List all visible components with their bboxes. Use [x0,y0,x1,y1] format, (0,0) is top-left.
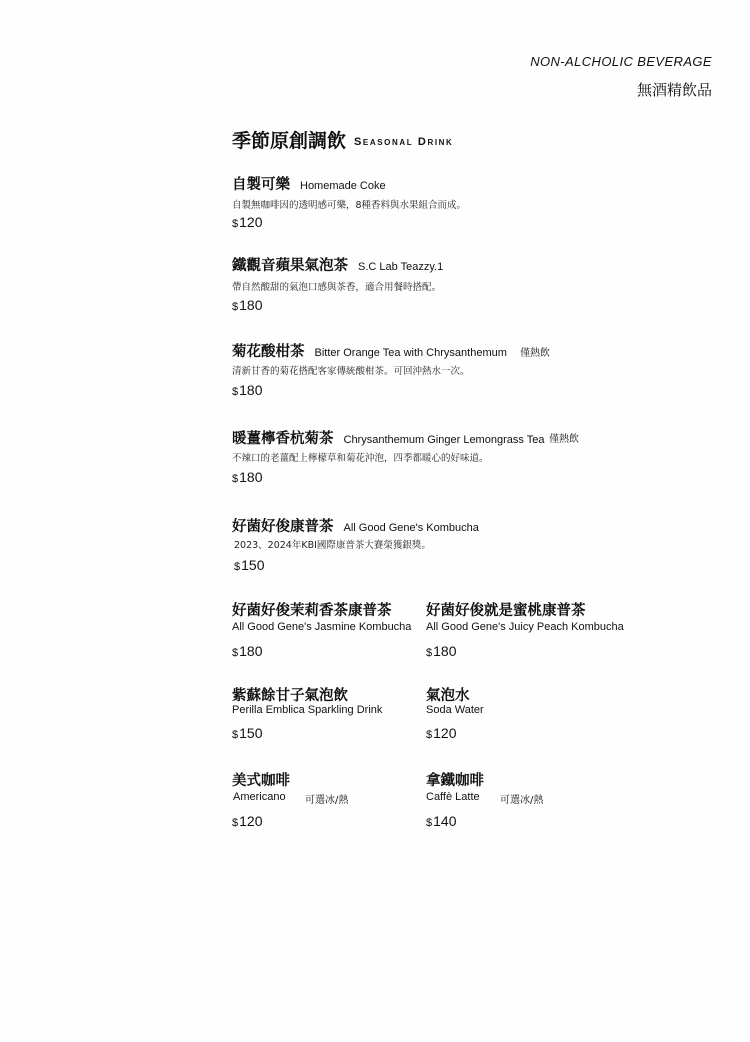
grid-item-price: $150 [232,725,262,741]
item-price: $120 [232,214,262,230]
grid-item-name-en: Perilla Emblica Sparkling Drink [232,704,382,716]
item-name-zh: 自製可樂 [232,177,290,193]
section-title-zh: 季節原創調飲 [232,126,346,153]
item-name-en: All Good Gene's Kombucha [344,522,479,534]
grid-item-price: $120 [232,813,262,829]
item-price: $180 [232,469,262,485]
item-description: 帶自然酸甜的氣泡口感與茶香，適合用餐時搭配。 [232,279,441,293]
grid-item-name-en: Caffè Latte [426,791,480,803]
grid-item-name-zh: 美式咖啡 [232,769,290,790]
grid-item-price: $140 [426,813,456,829]
grid-item-price: $180 [426,643,456,659]
item-name-en: S.C Lab Teazzy.1 [358,261,443,273]
grid-item-name-zh: 好菌好俊就是蜜桃康普茶 [426,599,586,620]
menu-item-kombucha: 好菌好俊康普茶All Good Gene's Kombucha [232,515,479,536]
menu-item-homemade-coke: 自製可樂Homemade Coke [232,173,386,194]
header-title-en: NON-ALCHOLIC BEVERAGE [530,54,712,69]
item-price: $180 [232,297,262,313]
item-name-zh: 暖薑檸香杭菊茶 [232,431,334,447]
item-name-en: Chrysanthemum Ginger Lemongrass Tea [344,434,545,446]
item-name-zh: 鐵觀音蘋果氣泡茶 [232,258,348,274]
grid-item-name-zh: 紫蘇餘甘子氣泡飲 [232,684,348,705]
section-title-en: Seasonal Drink [354,136,453,148]
grid-item-note: 可選冰/熱 [305,791,348,806]
grid-item-name-zh: 氣泡水 [426,684,470,705]
item-price: $150 [234,557,264,573]
grid-item-name-en: Soda Water [426,704,484,716]
grid-item-name-en: All Good Gene's Juicy Peach Kombucha [426,621,624,633]
grid-item-name-zh: 好菌好俊茉莉香茶康普茶 [232,599,392,620]
item-description: 清新甘香的菊花搭配客家傳統酸柑茶。可回沖熱水一次。 [232,363,470,377]
item-name-zh: 菊花酸柑茶 [232,344,305,360]
grid-item-name-en: Americano [233,791,286,803]
menu-item-bitter-orange-tea: 菊花酸柑茶Bitter Orange Tea with Chrysanthemu… [232,340,507,361]
menu-item-ginger-lemongrass-tea: 暖薑檸香杭菊茶Chrysanthemum Ginger Lemongrass T… [232,427,544,448]
item-name-en: Homemade Coke [300,180,386,192]
menu-item-apple-sparkling-tea: 鐵觀音蘋果氣泡茶S.C Lab Teazzy.1 [232,254,443,275]
grid-item-name-en: All Good Gene's Jasmine Kombucha [232,621,411,633]
item-note: 僅熱飲 [549,430,579,445]
item-name-en: Bitter Orange Tea with Chrysanthemum [315,347,507,359]
item-name-zh: 好菌好俊康普茶 [232,519,334,535]
item-price: $180 [232,382,262,398]
grid-item-price: $180 [232,643,262,659]
item-description: 自製無咖啡因的透明感可樂，8種香料與水果組合而成。 [232,197,466,211]
item-note: 僅熱飲 [520,344,550,359]
grid-item-price: $120 [426,725,456,741]
item-description: 2023、2024年KBI國際康普茶大賽榮獲銀獎。 [234,537,431,551]
item-description: 不辣口的老薑配上檸檬草和菊花沖泡，四季都暖心的好味道。 [232,450,489,464]
header-title-zh: 無酒精飲品 [637,79,712,100]
grid-item-name-zh: 拿鐵咖啡 [426,769,484,790]
grid-item-note: 可選冰/熱 [500,791,543,806]
